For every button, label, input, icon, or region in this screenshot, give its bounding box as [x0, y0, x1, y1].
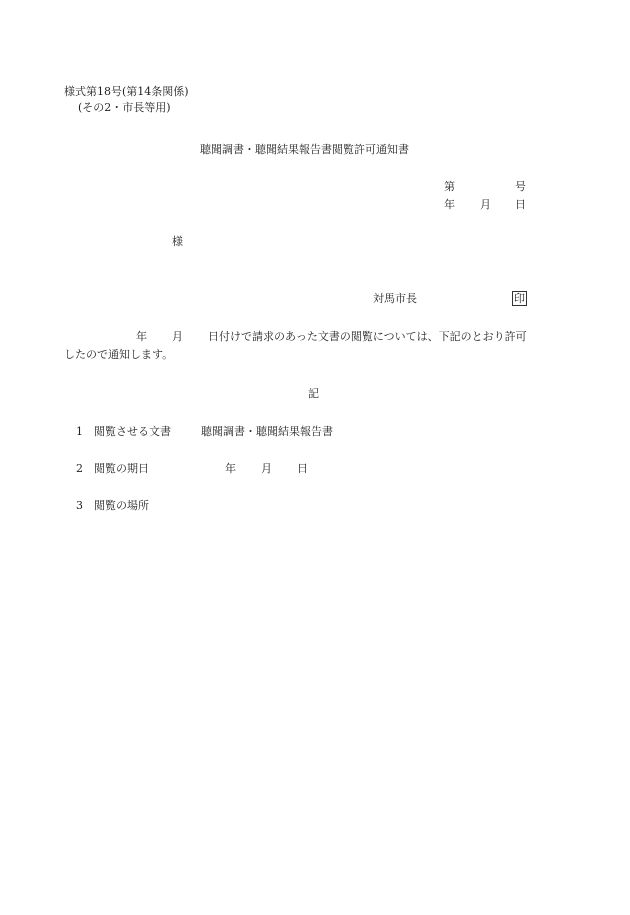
item-3-label: 閲覧の場所 — [94, 499, 149, 513]
form-variant: (その2・市長等用) — [78, 101, 171, 115]
body-year: 年 — [136, 330, 147, 344]
ki-heading: 記 — [308, 387, 319, 401]
item-2-day: 日 — [297, 462, 308, 476]
item-2-label: 閲覧の期日 — [94, 462, 149, 476]
item-2-year: 年 — [225, 462, 236, 476]
seal-mark: 印 — [512, 291, 527, 306]
item-1-number: 1 — [76, 425, 83, 439]
item-2-month: 月 — [261, 462, 272, 476]
document-title: 聴聞調書・聴聞結果報告書閲覧許可通知書 — [200, 143, 409, 157]
sender-name: 対馬市長 — [373, 292, 417, 306]
body-line-2: したので通知します。 — [64, 348, 173, 362]
seal-icon: 印 — [512, 291, 527, 306]
ref-date-year: 年 — [444, 198, 455, 212]
ref-number-prefix: 第 — [444, 180, 455, 194]
ref-number-suffix: 号 — [515, 180, 526, 194]
item-3-number: 3 — [76, 499, 83, 513]
recipient-honorific: 様 — [172, 235, 183, 249]
body-month: 月 — [172, 330, 183, 344]
item-1-value: 聴聞調書・聴聞結果報告書 — [201, 425, 333, 439]
item-1-label: 閲覧させる文書 — [94, 425, 171, 439]
ref-date-month: 月 — [480, 198, 491, 212]
body-line-1: 日付けで請求のあった文書の閲覧については、下記のとおり許可 — [208, 330, 527, 344]
item-2-number: 2 — [76, 462, 83, 476]
form-number: 様式第18号(第14条関係) — [64, 85, 189, 99]
ref-date-day: 日 — [515, 198, 526, 212]
